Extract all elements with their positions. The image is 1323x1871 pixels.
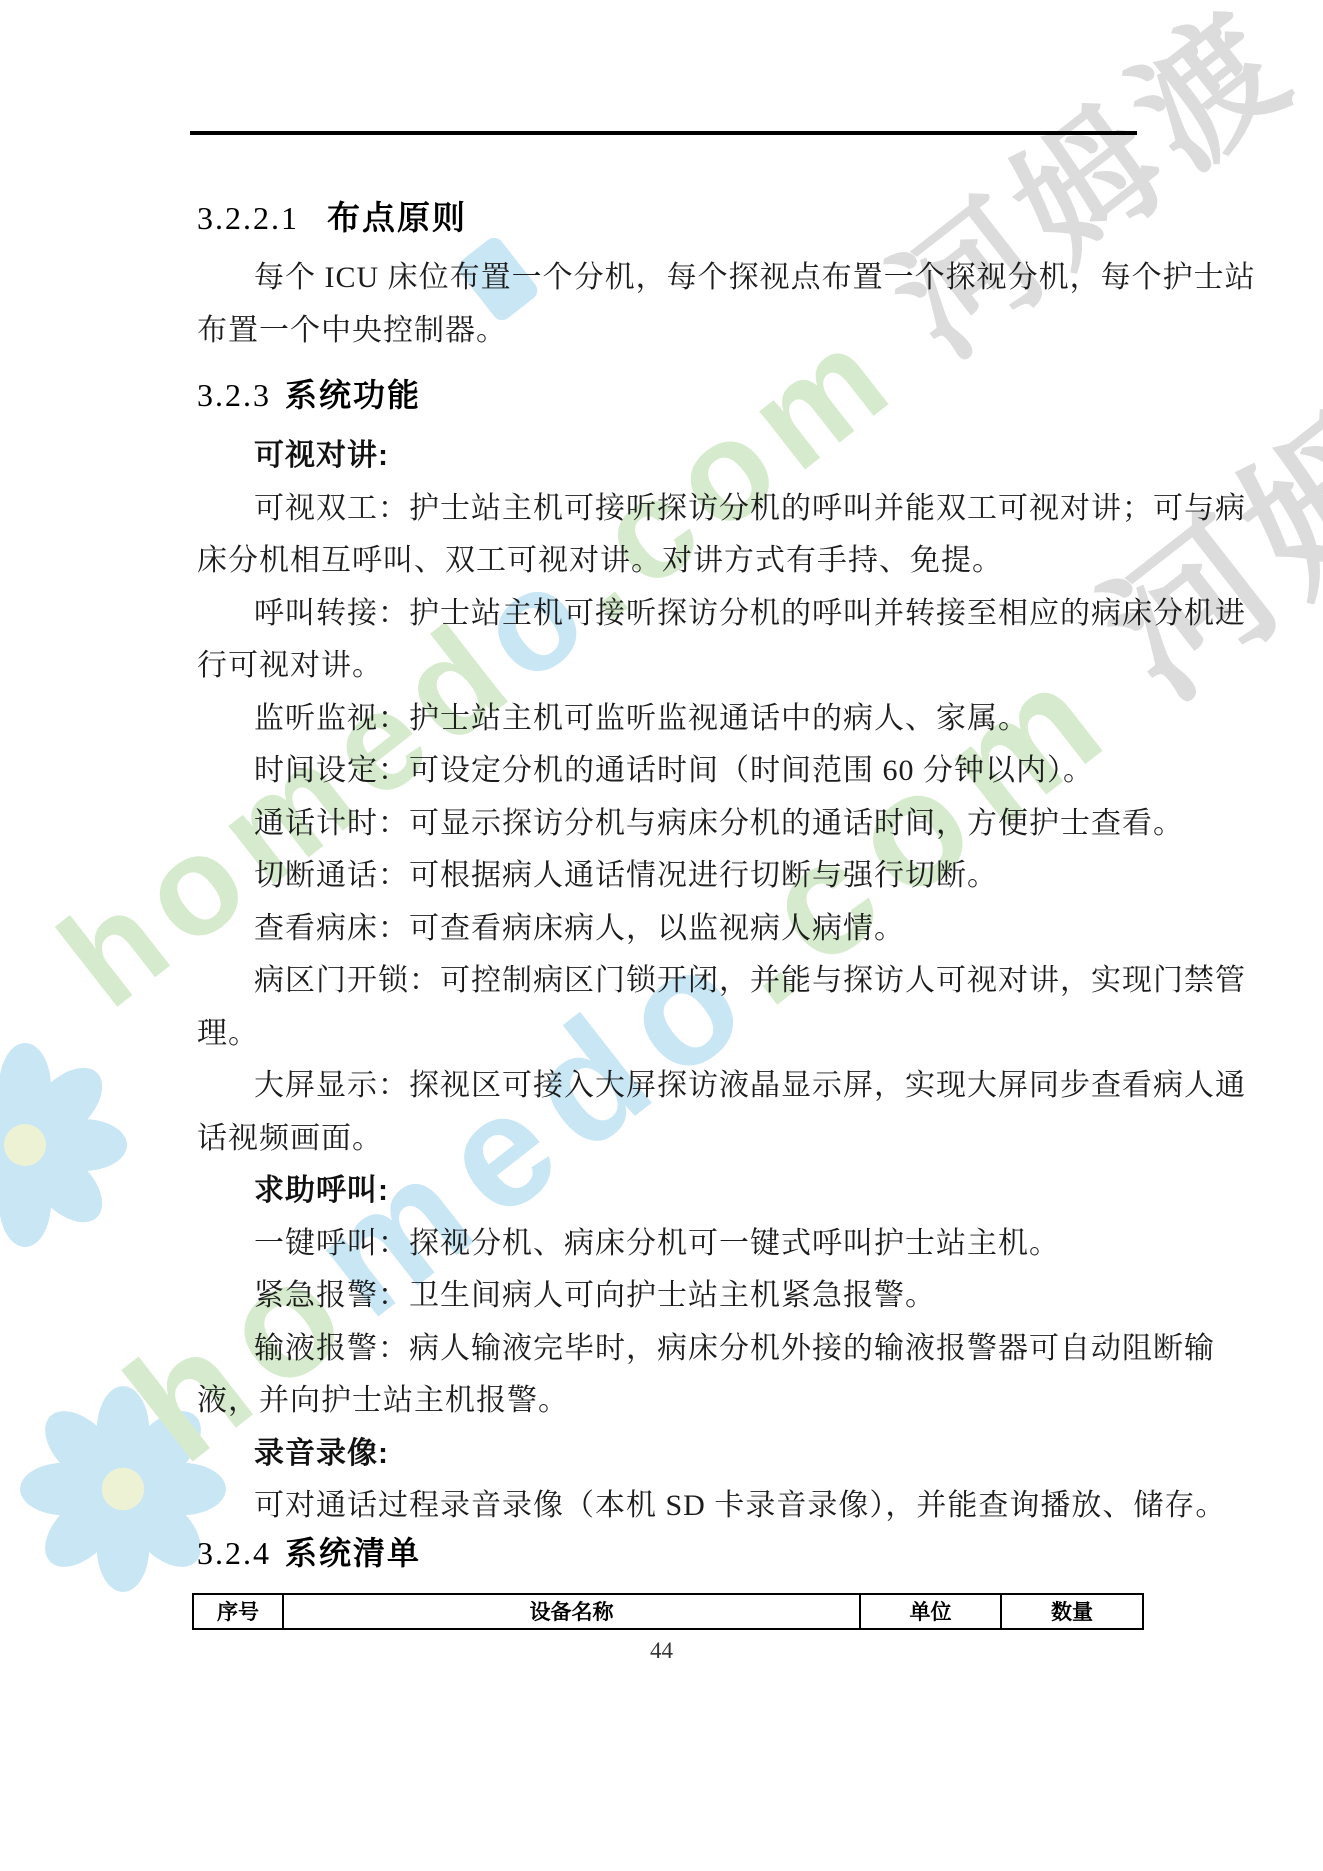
section-heading: 3.2.4系统清单	[197, 1527, 1129, 1581]
feature-group-label: 可视对讲:	[197, 430, 1129, 483]
heading-number: 3.2.2.1	[197, 200, 299, 236]
document-body: 3.2.2.1布点原则每个 ICU 床位布置一个分机，每个探视点布置一个探视分机…	[197, 192, 1129, 1581]
brand-flower-icon	[0, 1035, 135, 1255]
table-header-row: 序号 设备名称 单位 数量	[193, 1594, 1143, 1629]
document-page: homedo.com河姆渡 homedo.com河姆渡 3.2.2.1布点原则每…	[0, 0, 1323, 1871]
watermark-letter: h	[31, 851, 206, 1036]
text-line: 可对通话过程录音录像（本机 SD 卡录音录像），并能查询播放、储存。	[197, 1480, 1129, 1533]
text-line: 床分机相互呼叫、双工可视对讲。对讲方式有手持、免提。	[197, 535, 1129, 588]
heading-title: 系统功能	[285, 377, 421, 413]
equipment-table: 序号 设备名称 单位 数量	[192, 1593, 1144, 1630]
text-line: 液，并向护士站主机报警。	[197, 1375, 1129, 1428]
flower-petals	[0, 1043, 127, 1247]
feature-group-label: 录音录像:	[197, 1428, 1129, 1481]
text-line: 话视频画面。	[197, 1113, 1129, 1166]
page-number: 44	[0, 1638, 1323, 1664]
text-line: 输液报警：病人输液完毕时，病床分机外接的输液报警器可自动阻断输	[197, 1323, 1129, 1376]
heading-title: 布点原则	[327, 199, 467, 236]
document-content: 3.2.2.1布点原则每个 ICU 床位布置一个分机，每个探视点布置一个探视分机…	[197, 192, 1129, 1630]
heading-title: 系统清单	[285, 1535, 421, 1571]
text-line: 布置一个中央控制器。	[197, 305, 1129, 358]
text-line: 每个 ICU 床位布置一个分机，每个探视点布置一个探视分机，每个护士站	[197, 252, 1129, 305]
text-line: 查看病床：可查看病床病人，以监视病人病情。	[197, 903, 1129, 956]
text-line: 一键呼叫：探视分机、病床分机可一键式呼叫护士站主机。	[197, 1218, 1129, 1271]
text-line: 紧急报警：卫生间病人可向护士站主机紧急报警。	[197, 1270, 1129, 1323]
heading-number: 3.2.3	[197, 377, 271, 413]
header-rule	[190, 131, 1137, 135]
text-line: 大屏显示：探视区可接入大屏探访液晶显示屏，实现大屏同步查看病人通	[197, 1060, 1129, 1113]
heading-number: 3.2.4	[197, 1535, 271, 1571]
feature-group-label: 求助呼叫:	[197, 1165, 1129, 1218]
text-line: 病区门开锁：可控制病区门锁开闭，并能与探访人可视对讲，实现门禁管	[197, 955, 1129, 1008]
col-header-index: 序号	[193, 1594, 283, 1629]
text-line: 监听监视：护士站主机可监听监视通话中的病人、家属。	[197, 693, 1129, 746]
col-header-unit: 单位	[860, 1594, 1001, 1629]
text-line: 行可视对讲。	[197, 640, 1129, 693]
col-header-device: 设备名称	[283, 1594, 860, 1629]
text-line: 时间设定：可设定分机的通话时间（时间范围 60 分钟以内）。	[197, 745, 1129, 798]
section-heading: 3.2.3系统功能	[197, 369, 1129, 423]
flower-petals	[20, 1386, 226, 1592]
text-line: 通话计时：可显示探访分机与病床分机的通话时间，方便护士查看。	[197, 798, 1129, 851]
col-header-quantity: 数量	[1001, 1594, 1143, 1629]
text-line: 呼叫转接：护士站主机可接听探访分机的呼叫并转接至相应的病床分机进	[197, 588, 1129, 641]
text-line: 切断通话：可根据病人通话情况进行切断与强行切断。	[197, 850, 1129, 903]
text-line: 理。	[197, 1008, 1129, 1061]
section-heading: 3.2.2.1布点原则	[197, 192, 1129, 246]
text-line: 可视双工：护士站主机可接听探访分机的呼叫并能双工可视对讲；可与病	[197, 483, 1129, 536]
